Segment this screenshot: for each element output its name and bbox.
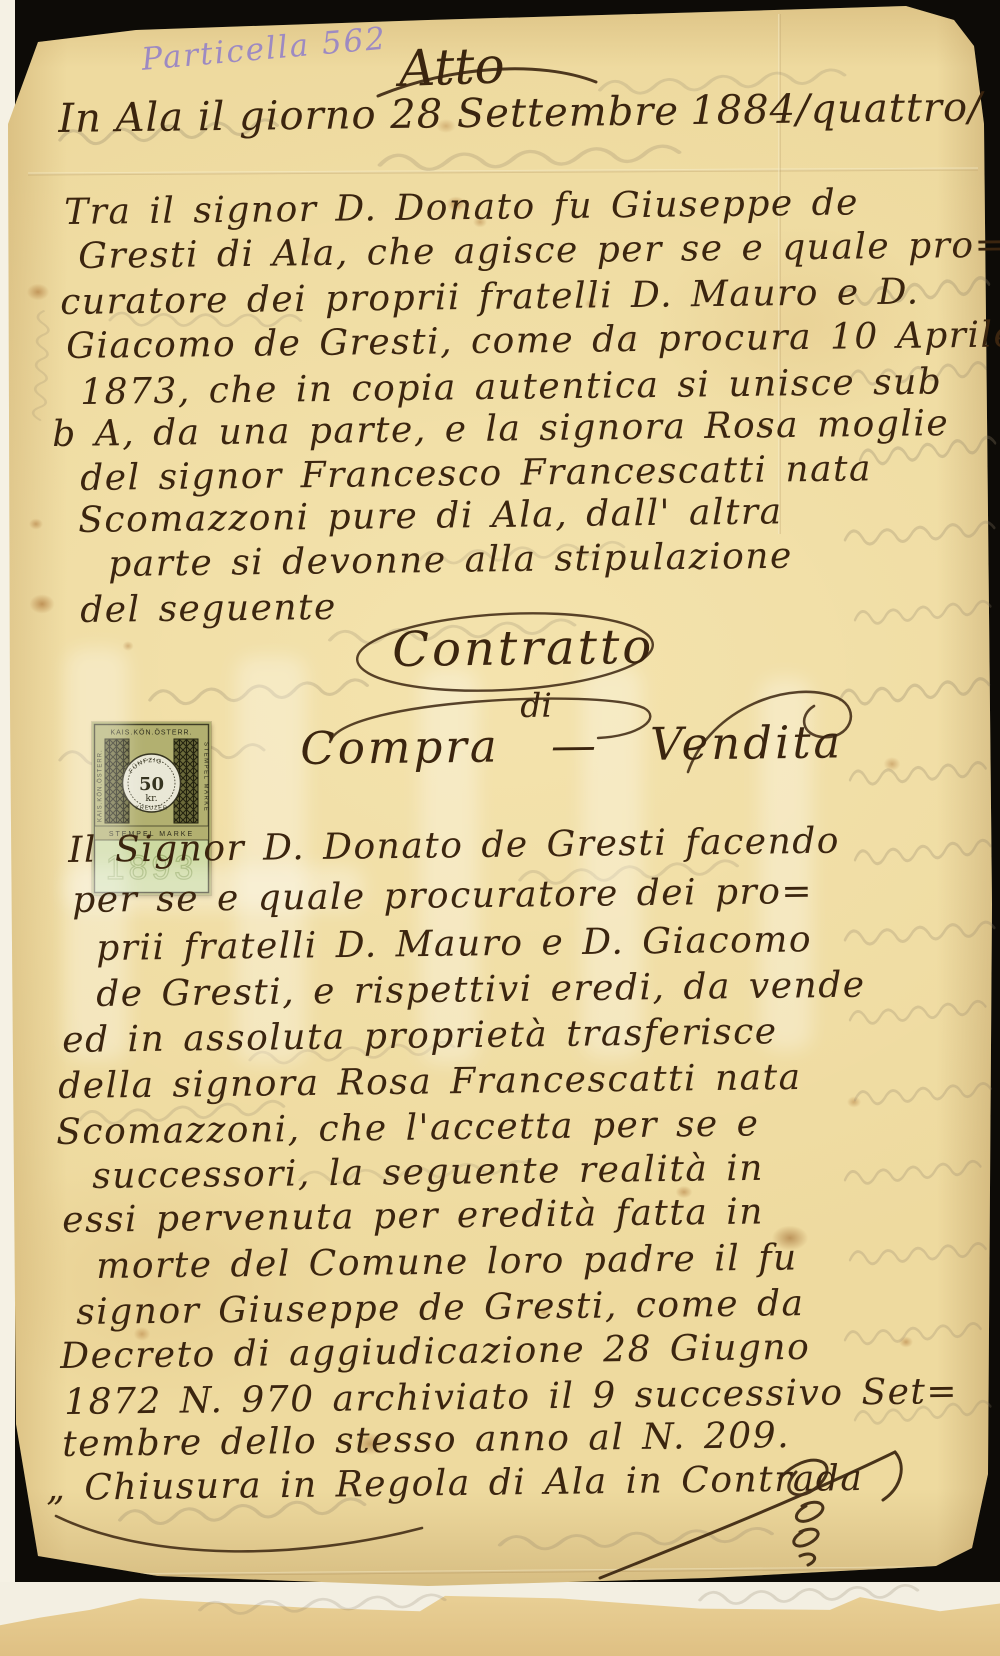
stamp-unit: kr. [145, 793, 157, 804]
manuscript-line: essi pervenuta per eredità fatta in [62, 1191, 764, 1241]
underlying-sheet [0, 1592, 1000, 1656]
stamp-right-label: STEMPEL MARKE [203, 742, 209, 812]
manuscript-line: Scomazzoni, che l'accetta per se e [56, 1103, 760, 1153]
manuscript-line: Scomazzoni pure di Ala, dall' altra [78, 491, 783, 541]
manuscript-line: prii fratelli D. Mauro e D. Giacomo [96, 919, 812, 969]
manuscript-line: parte si devonne alla stipulazione [108, 536, 793, 585]
stamp-value: 50 [139, 774, 164, 795]
contract-heading: Contratto [392, 619, 655, 678]
date-line-year: 1884/quattro/ [690, 84, 983, 134]
manuscript-line: morte del Comune loro padre il fu [96, 1237, 798, 1287]
stamp-circle-bottom-text: KREUZER [135, 806, 167, 812]
contract-heading-type: Compra — Vendita [300, 715, 844, 775]
manuscript-line: ed in assoluta proprietà trasferisce [62, 1011, 778, 1061]
scanned-document-photo: { "page": { "pencil_annotation": "Partic… [0, 0, 1000, 1656]
manuscript-line: successori, la seguente realità in [92, 1148, 764, 1197]
document-title: Atto [398, 36, 505, 98]
date-line-left: In Ala il giorno 28 Settembre [58, 88, 679, 142]
manuscript-line: del seguente [80, 587, 337, 631]
